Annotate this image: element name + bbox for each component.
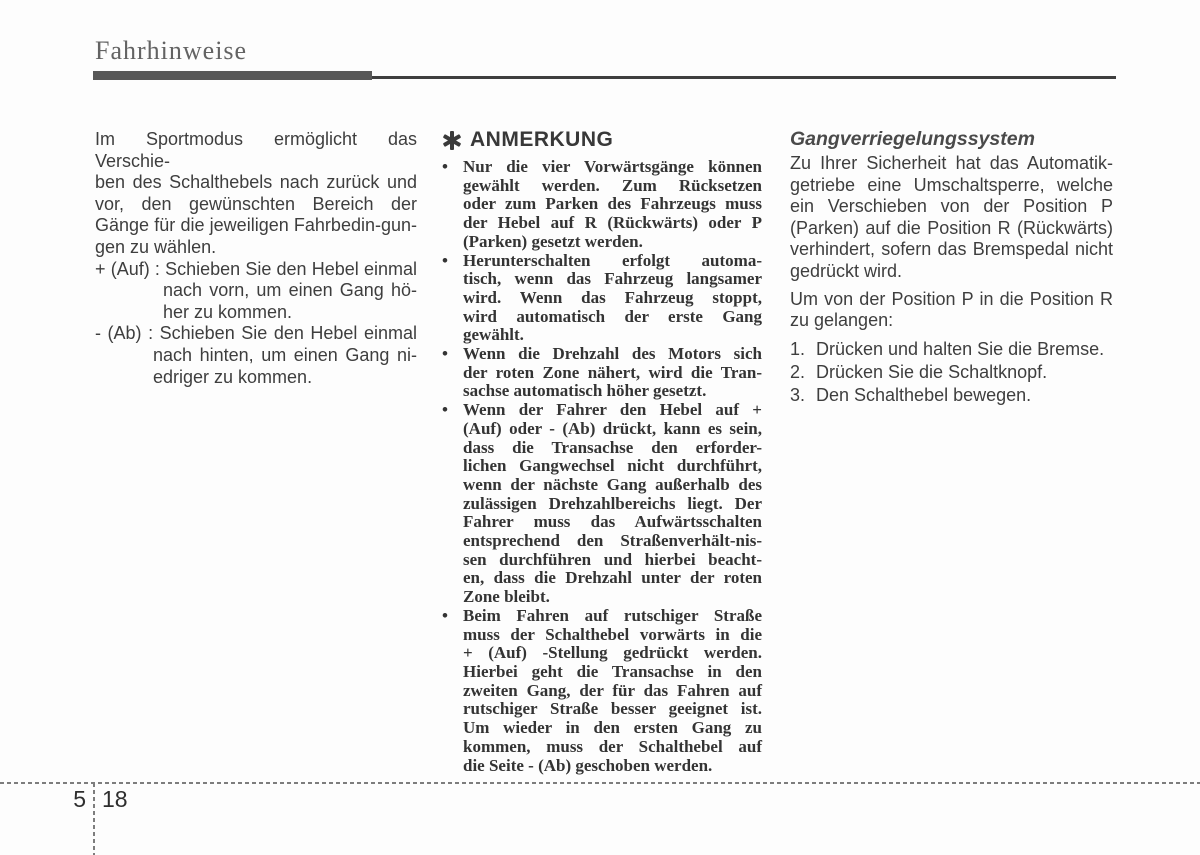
step-text: Drücken Sie die Schaltknopf. bbox=[816, 361, 1047, 384]
step-item: 1. Drücken und halten Sie die Bremse. bbox=[790, 338, 1113, 361]
steps-intro-paragraph: Um von der Position P in die Position Rz… bbox=[790, 289, 1113, 332]
bullet-icon: • bbox=[442, 345, 463, 364]
step-number: 2. bbox=[790, 361, 816, 384]
note-bullet-text: Wenn die Drehzahl des Motors sichder rot… bbox=[463, 345, 762, 401]
bullet-icon: • bbox=[442, 252, 463, 271]
step-number: 3. bbox=[790, 384, 816, 407]
manual-page: Fahrhinweise Im Sportmodus ermöglicht da… bbox=[0, 0, 1200, 855]
gear-lock-heading: Gangverriegelungssystem bbox=[790, 128, 1113, 150]
note-bullet-text: Wenn der Fahrer den Hebel auf +(Auf) ode… bbox=[463, 401, 762, 607]
step-number: 1. bbox=[790, 338, 816, 361]
bullet-icon: • bbox=[442, 607, 463, 626]
page-number: 18 bbox=[102, 786, 128, 813]
note-bullet-item: • Herunterschalten erfolgt automa-tisch,… bbox=[442, 252, 762, 346]
step-item: 3. Den Schalthebel bewegen. bbox=[790, 384, 1113, 407]
note-bullet-text: Beim Fahren auf rutschiger Straßemuss de… bbox=[463, 607, 762, 775]
title-accent-bar bbox=[93, 71, 372, 80]
footer-dashed-rule bbox=[0, 782, 1200, 784]
gear-lock-section: Gangverriegelungssystem Zu Ihrer Sicherh… bbox=[790, 128, 1113, 407]
note-bullet-item: • Nur die vier Vorwärtsgänge könnengewäh… bbox=[442, 158, 762, 252]
shift-down-instruction: - (Ab) : Schieben Sie den Hebel einmalna… bbox=[95, 323, 417, 388]
left-column: Im Sportmodus ermöglicht das Verschie-be… bbox=[95, 129, 417, 388]
gear-lock-paragraph: Zu Ihrer Sicherheit hat das Automatik-ge… bbox=[790, 153, 1113, 283]
note-asterisk-icon bbox=[442, 131, 461, 150]
note-header: ANMERKUNG bbox=[442, 128, 762, 152]
note-bullet-text: Herunterschalten erfolgt automa-tisch, w… bbox=[463, 252, 762, 346]
bullet-icon: • bbox=[442, 158, 463, 177]
page-title: Fahrhinweise bbox=[95, 36, 247, 66]
note-bullet-item: • Beim Fahren auf rutschiger Straßemuss … bbox=[442, 607, 762, 775]
note-bullet-item: • Wenn der Fahrer den Hebel auf +(Auf) o… bbox=[442, 401, 762, 607]
note-bullet-item: • Wenn die Drehzahl des Motors sichder r… bbox=[442, 345, 762, 401]
step-text: Drücken und halten Sie die Bremse. bbox=[816, 338, 1104, 361]
sport-mode-paragraph: Im Sportmodus ermöglicht das Verschie-be… bbox=[95, 129, 417, 259]
note-section: ANMERKUNG • Nur die vier Vorwärtsgänge k… bbox=[442, 128, 762, 775]
shift-up-instruction: + (Auf) : Schieben Sie den Hebel einmaln… bbox=[95, 259, 417, 324]
note-title: ANMERKUNG bbox=[470, 128, 613, 152]
step-text: Den Schalthebel bewegen. bbox=[816, 384, 1031, 407]
gear-lock-steps: 1. Drücken und halten Sie die Bremse. 2.… bbox=[790, 338, 1113, 407]
title-rule bbox=[372, 76, 1116, 79]
step-item: 2. Drücken Sie die Schaltknopf. bbox=[790, 361, 1113, 384]
bullet-icon: • bbox=[442, 401, 463, 420]
note-bullet-text: Nur die vier Vorwärtsgänge könnengewählt… bbox=[463, 158, 762, 252]
footer-divider-line bbox=[93, 783, 95, 855]
chapter-number: 5 bbox=[56, 786, 86, 813]
